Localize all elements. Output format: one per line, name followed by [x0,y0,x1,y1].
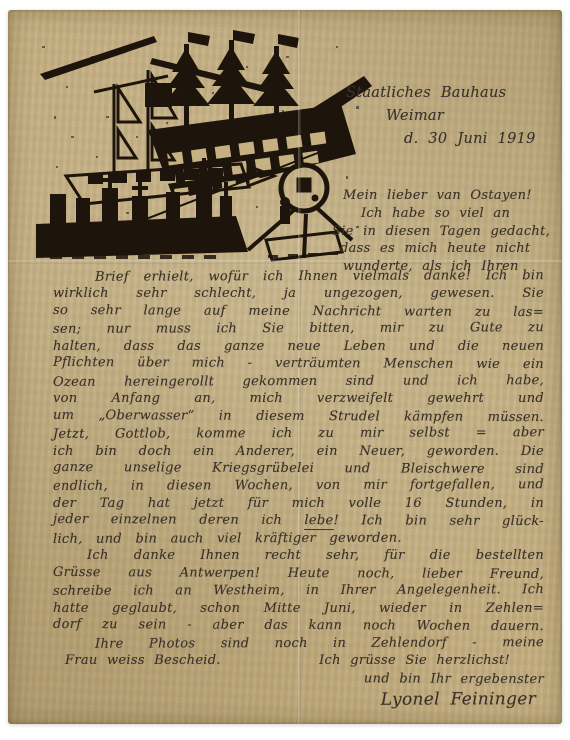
letter-line: Ich danke Ihnen recht sehr, für die best… [53,547,544,564]
letter-line: sen; nur muss ich Sie bitten, mir zu Gut… [53,320,544,339]
letter-line-lebe: jeder einzelnen deren ich lebe! Ich bin … [53,511,544,531]
closing-left: Frau weiss Bescheid. [65,652,221,669]
letter-text: jeder einzelnen deren ich [53,512,304,528]
letter-line: Brief erhielt, wofür ich Ihnen vielmals … [53,267,544,286]
letter-line: Ihre Photos sind noch in Zehlendorf - me… [53,634,544,653]
signoff: und bin Ihr ergebenster [53,669,544,689]
letter-paper: Staatliches Bauhaus Weimar d. 30 Juni 19… [8,10,562,724]
letter-body: Brief erhielt, wofür ich Ihnen vielmals … [53,268,544,712]
letter-line: um „Oberwasser“ in diesem Strudel kämpfe… [53,407,544,427]
signature: Lyonel Feininger [53,687,536,713]
letter-line: dass es mich heute nicht [328,240,558,258]
salutation: Mein lieber van Ostayen! [328,187,558,205]
letter-line: Jetzt, Gottlob, komme ich zu mir selbst … [53,424,544,443]
letterhead-date: d. 30 Juni 1919 [330,128,556,151]
letter-photo: Staatliches Bauhaus Weimar d. 30 Juni 19… [0,0,570,740]
letter-line: halten, dass das ganze neue Leben und di… [53,338,544,355]
letter-opening: Mein lieber van Ostayen! Ich habe so vie… [328,187,558,276]
letter-line: Pflichten über mich - verträumten Mensch… [53,354,544,374]
letter-line: ich bin doch ein Anderer, ein Neuer, gew… [53,443,544,460]
letter-line: Ich habe so viel an [328,205,558,223]
letter-line: Ozean hereingerollt gekommen sind und ic… [53,372,544,391]
letterhead: Staatliches Bauhaus Weimar d. 30 Juni 19… [330,82,556,151]
letterhead-line: Weimar [330,105,556,128]
closing-line: Frau weiss Bescheid. Ich grüsse Sie herz… [53,652,544,669]
letterhead-line: Staatliches Bauhaus [330,82,556,105]
letter-line: wirklich sehr schlecht, ja ungezogen, ge… [53,285,544,302]
letter-line: Grüsse aus Antwerpen! Heute noch, lieber… [53,564,544,584]
letter-line: Sie in diesen Tagen gedacht, [328,223,558,241]
letter-line: lich, und bin auch viel kräftiger geword… [53,529,544,548]
underlined-word: lebe [304,513,333,530]
letter-text: ! Ich bin sehr glück- [333,513,544,529]
letter-line: der Tag hat jetzt für mich volle 16 Stun… [53,495,544,512]
letter-line: dorf zu sein - aber das kann noch Wochen… [53,616,544,636]
closing-right: Ich grüsse Sie herzlichst! [319,652,510,669]
letter-line: hatte geglaubt, schon Mitte Juni, wieder… [53,600,544,617]
letter-line: endlich, in diesen Wochen, von mir fortg… [53,477,544,496]
woodcut-ships-print [36,26,372,262]
letter-line: von Anfang an, mich verzweifelt gewehrt … [53,390,544,407]
letter-line: schreibe ich an Westheim, in Ihrer Angel… [53,581,544,600]
woodcut-diagonal [40,36,157,80]
